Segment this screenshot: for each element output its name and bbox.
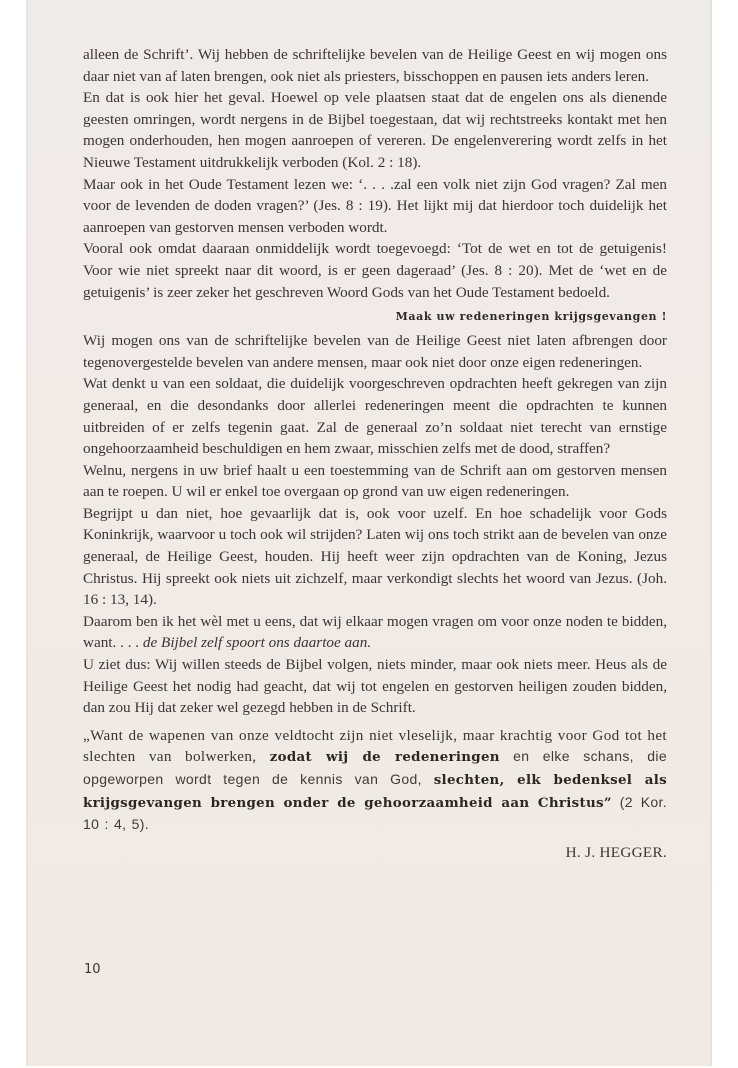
paragraph-2: En dat is ook hier het geval. Hoewel op … bbox=[83, 87, 667, 173]
scripture-quote: „Want de wapenen van onze veldtocht zijn… bbox=[83, 725, 667, 836]
author-signature: H. J. HEGGER. bbox=[83, 842, 667, 864]
page-number: 10 bbox=[84, 962, 101, 977]
paragraph-4: Vooral ook omdat daaraan onmiddelijk wor… bbox=[83, 238, 667, 303]
paragraph-8: Begrijpt u dan niet, hoe gevaarlijk dat … bbox=[83, 503, 667, 611]
paragraph-7: Welnu, nergens in uw brief haalt u een t… bbox=[83, 460, 667, 503]
paragraph-3: Maar ook in het Oude Testament lezen we:… bbox=[83, 174, 667, 239]
paragraph-9: Daarom ben ik het wèl met u eens, dat wi… bbox=[83, 611, 667, 654]
section-subheading: Maak uw redeneringen krijgsgevangen ! bbox=[83, 308, 667, 326]
paragraph-6: Wat denkt u van een soldaat, die duideli… bbox=[83, 373, 667, 459]
page-body: alleen de Schrift’. Wij hebben de schrif… bbox=[83, 44, 667, 863]
quote-bold-1: zodat wij de redeneringen bbox=[270, 749, 500, 765]
paragraph-10: U ziet dus: Wij willen steeds de Bijbel … bbox=[83, 654, 667, 719]
paragraph-9-italic: de Bijbel zelf spoort ons daartoe aan. bbox=[143, 634, 371, 651]
paragraph-5: Wij mogen ons van de schriftelijke bevel… bbox=[83, 330, 667, 373]
paragraph-1: alleen de Schrift’. Wij hebben de schrif… bbox=[83, 44, 667, 87]
book-page: alleen de Schrift’. Wij hebben de schrif… bbox=[26, 0, 712, 1066]
